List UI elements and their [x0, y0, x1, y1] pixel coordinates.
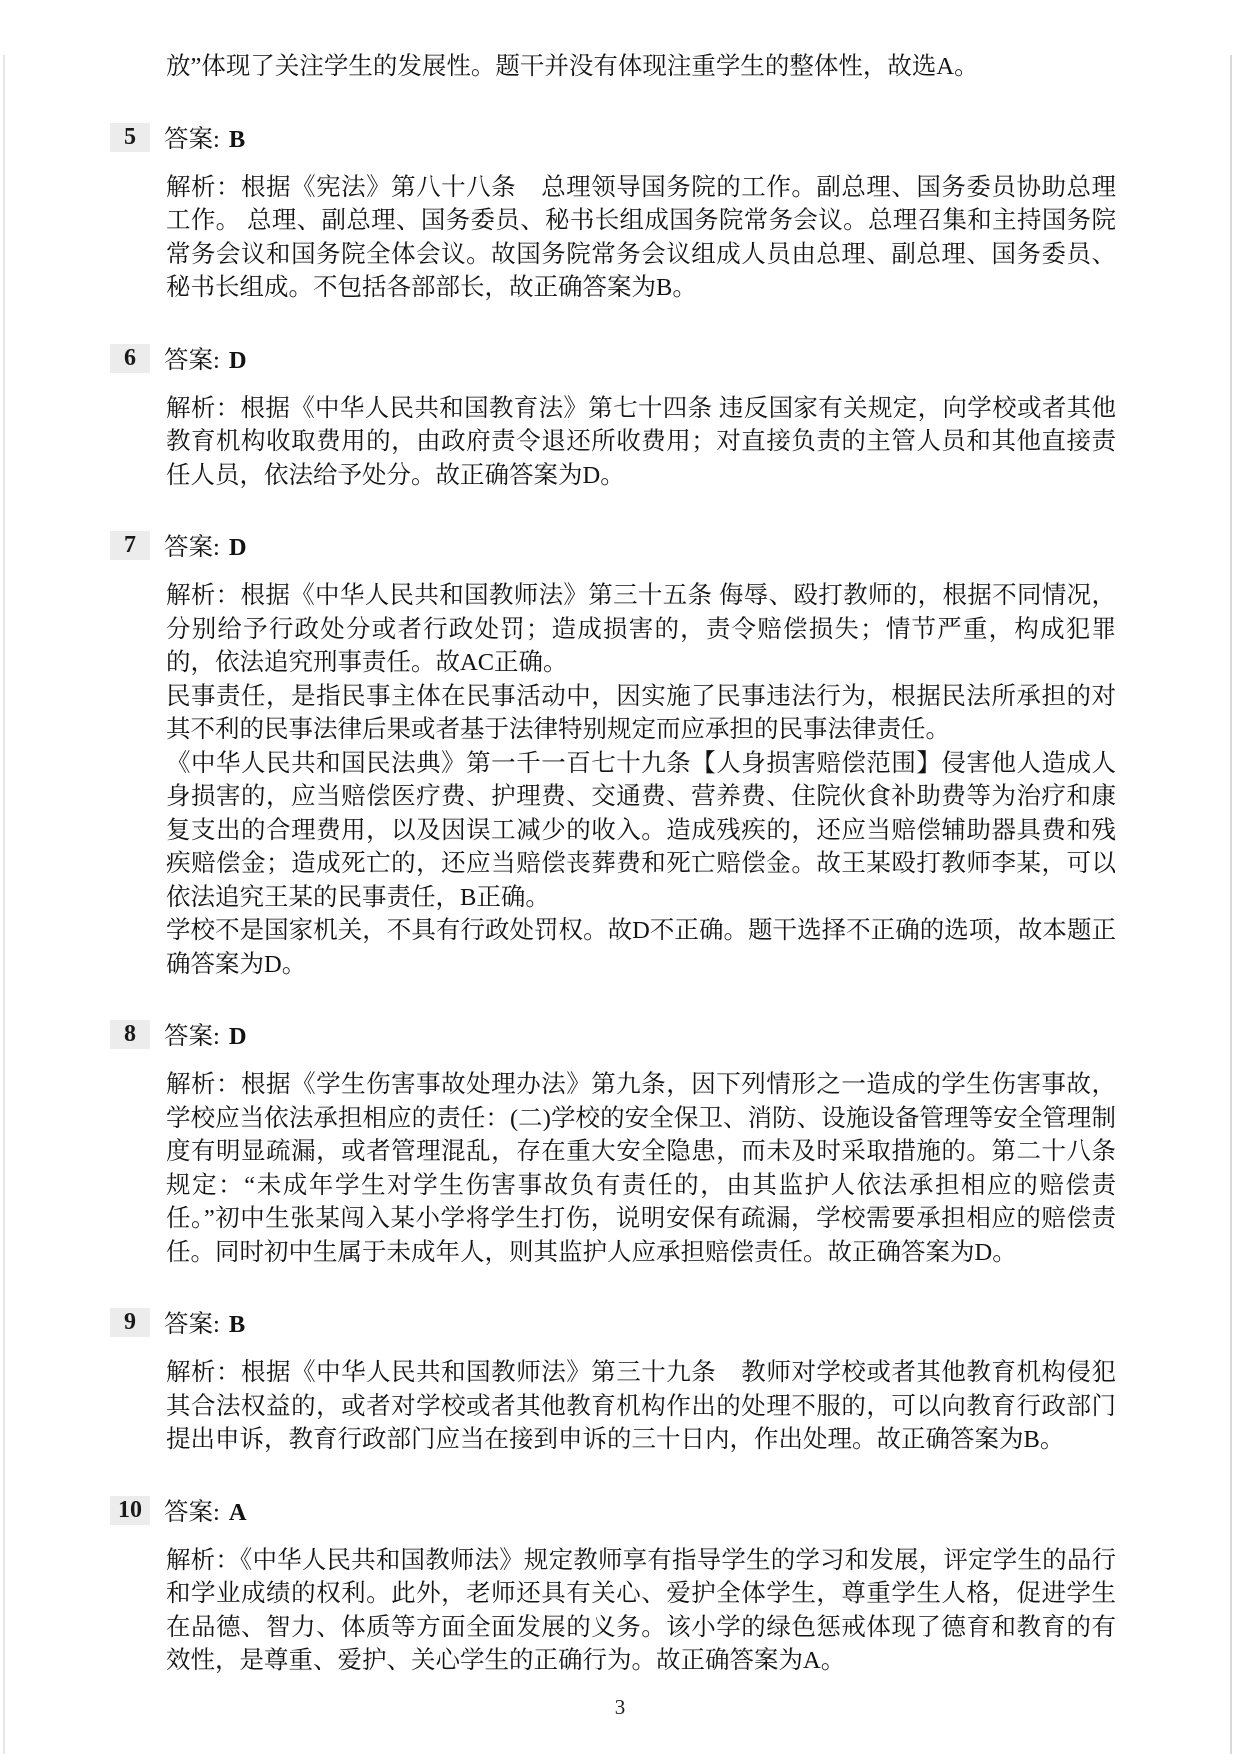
answer-header: 10 答案:A	[110, 1493, 1240, 1528]
analysis-paragraph: 民事责任，是指民事主体在民事活动中，因实施了民事违法行为，根据民法所承担的对其不…	[166, 680, 1116, 747]
answer-letter: D	[229, 347, 247, 374]
answer-letter: B	[229, 126, 245, 153]
answers-list: 5 答案:B 解析：根据《宪法》第八十八条 总理领导国务院的工作。副总理、国务委…	[0, 120, 1240, 1678]
page-number: 3	[0, 1695, 1240, 1720]
answer-number-badge: 7	[110, 531, 150, 560]
answer-line: 答案:B	[164, 1305, 245, 1340]
answer-line: 答案:B	[164, 120, 245, 155]
answer-number-badge: 5	[110, 123, 150, 152]
answer-letter: D	[229, 1023, 247, 1050]
page-edge-left-line	[3, 55, 5, 1754]
page-content: 放”体现了关注学生的发展性。题干并没有体现注重学生的整体性，故选A。 5 答案:…	[0, 0, 1240, 1678]
answer-analysis: 解析：根据《中华人民共和国教师法》第三十五条 侮辱、殴打教师的，根据不同情况，分…	[166, 579, 1116, 981]
answer-label: 答案:	[164, 347, 220, 374]
analysis-paragraph: 解析：根据《学生伤害事故处理办法》第九条，因下列情形之一造成的学生伤害事故，学校…	[166, 1068, 1116, 1269]
answer-header: 8 答案:D	[110, 1017, 1240, 1052]
answer-number-badge: 10	[110, 1496, 150, 1525]
page-edge-right-line	[1230, 55, 1232, 1754]
answer-block: 5 答案:B 解析：根据《宪法》第八十八条 总理领导国务院的工作。副总理、国务委…	[0, 120, 1240, 305]
answer-label: 答案:	[164, 534, 220, 561]
answer-block: 6 答案:D 解析：根据《中华人民共和国教育法》第七十四条 违反国家有关规定，向…	[0, 341, 1240, 493]
analysis-paragraph: 解析：根据《中华人民共和国教师法》第三十九条 教师对学校或者其他教育机构侵犯其合…	[166, 1356, 1116, 1457]
analysis-paragraph: 解析：根据《中华人民共和国教师法》第三十五条 侮辱、殴打教师的，根据不同情况，分…	[166, 579, 1116, 680]
answer-number-badge: 6	[110, 344, 150, 373]
continuation-paragraph: 放”体现了关注学生的发展性。题干并没有体现注重学生的整体性，故选A。	[166, 50, 1116, 84]
answer-label: 答案:	[164, 126, 220, 153]
document-page: 放”体现了关注学生的发展性。题干并没有体现注重学生的整体性，故选A。 5 答案:…	[0, 0, 1240, 1754]
answer-analysis: 解析：《中华人民共和国教师法》规定教师享有指导学生的学习和发展，评定学生的品行和…	[166, 1544, 1116, 1678]
answer-line: 答案:A	[164, 1493, 247, 1528]
answer-analysis: 解析：根据《中华人民共和国教师法》第三十九条 教师对学校或者其他教育机构侵犯其合…	[166, 1356, 1116, 1457]
answer-letter: A	[229, 1499, 247, 1526]
answer-header: 5 答案:B	[110, 120, 1240, 155]
answer-analysis: 解析：根据《宪法》第八十八条 总理领导国务院的工作。副总理、国务委员协助总理工作…	[166, 171, 1116, 305]
analysis-paragraph: 学校不是国家机关，不具有行政处罚权。故D不正确。题干选择不正确的选项，故本题正确…	[166, 914, 1116, 981]
answer-label: 答案:	[164, 1499, 220, 1526]
analysis-paragraph: 《中华人民共和国民法典》第一千一百七十九条【人身损害赔偿范围】侵害他人造成人身损…	[166, 747, 1116, 915]
answer-header: 9 答案:B	[110, 1305, 1240, 1340]
answer-header: 6 答案:D	[110, 341, 1240, 376]
answer-line: 答案:D	[164, 528, 247, 563]
answer-label: 答案:	[164, 1023, 220, 1050]
answer-analysis: 解析：根据《中华人民共和国教育法》第七十四条 违反国家有关规定，向学校或者其他教…	[166, 392, 1116, 493]
answer-letter: B	[229, 1311, 245, 1338]
answer-line: 答案:D	[164, 341, 247, 376]
answer-label: 答案:	[164, 1311, 220, 1338]
analysis-paragraph: 解析：根据《中华人民共和国教育法》第七十四条 违反国家有关规定，向学校或者其他教…	[166, 392, 1116, 493]
answer-line: 答案:D	[164, 1017, 247, 1052]
answer-analysis: 解析：根据《学生伤害事故处理办法》第九条，因下列情形之一造成的学生伤害事故，学校…	[166, 1068, 1116, 1269]
analysis-paragraph: 解析：《中华人民共和国教师法》规定教师享有指导学生的学习和发展，评定学生的品行和…	[166, 1544, 1116, 1678]
answer-block: 10 答案:A 解析：《中华人民共和国教师法》规定教师享有指导学生的学习和发展，…	[0, 1493, 1240, 1678]
answer-block: 9 答案:B 解析：根据《中华人民共和国教师法》第三十九条 教师对学校或者其他教…	[0, 1305, 1240, 1457]
answer-letter: D	[229, 534, 247, 561]
answer-number-badge: 9	[110, 1308, 150, 1337]
answer-block: 7 答案:D 解析：根据《中华人民共和国教师法》第三十五条 侮辱、殴打教师的，根…	[0, 528, 1240, 981]
answer-block: 8 答案:D 解析：根据《学生伤害事故处理办法》第九条，因下列情形之一造成的学生…	[0, 1017, 1240, 1269]
analysis-paragraph: 解析：根据《宪法》第八十八条 总理领导国务院的工作。副总理、国务委员协助总理工作…	[166, 171, 1116, 305]
continuation-text: 放”体现了关注学生的发展性。题干并没有体现注重学生的整体性，故选A。	[166, 50, 1116, 84]
answer-header: 7 答案:D	[110, 528, 1240, 563]
answer-number-badge: 8	[110, 1020, 150, 1049]
